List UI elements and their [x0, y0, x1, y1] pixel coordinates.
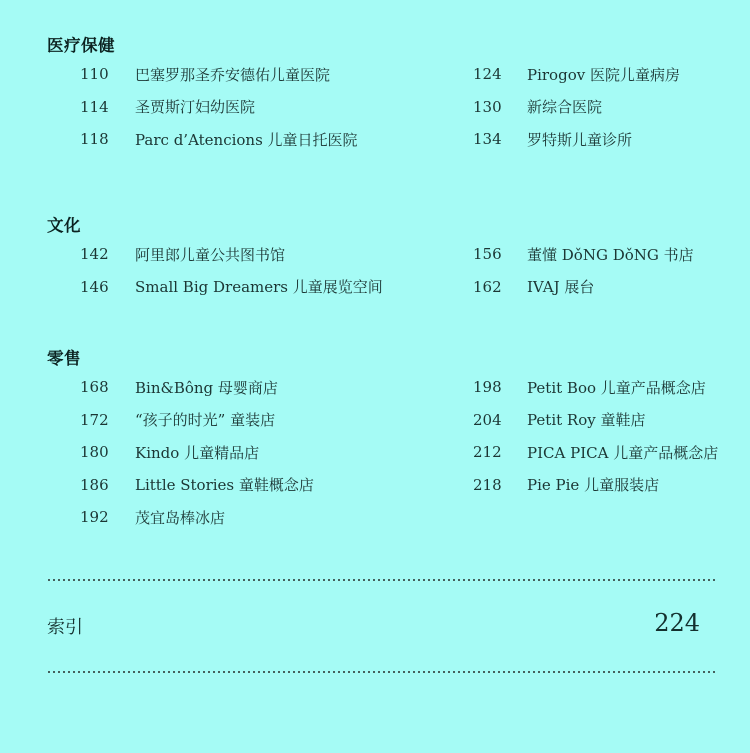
- entry-title: PICA PICA 儿童产品概念店: [527, 442, 718, 463]
- left-column: 110 巴塞罗那圣乔安德佑儿童医院 114 圣贾斯汀妇幼医院 118 Parc …: [80, 58, 358, 156]
- page-number: 186: [80, 476, 135, 494]
- entry-title: 圣贾斯汀妇幼医院: [135, 96, 255, 117]
- toc-entry: 180 Kindo 儿童精品店: [80, 436, 314, 469]
- page-number: 172: [80, 411, 135, 429]
- entry-title: Small Big Dreamers 儿童展览空间: [135, 276, 383, 297]
- toc-entry: 124 Pirogov 医院儿童病房: [473, 58, 680, 91]
- page-number: 156: [473, 245, 527, 263]
- entry-title: 董懂 DǒNG DǒNG 书店: [527, 244, 694, 265]
- right-column: 198 Petit Boo 儿童产品概念店 204 Petit Roy 童鞋店 …: [473, 371, 718, 501]
- entry-title: 新综合医院: [527, 96, 602, 117]
- toc-entry: 204 Petit Roy 童鞋店: [473, 404, 718, 437]
- left-column: 142 阿里郎儿童公共图书馆 146 Small Big Dreamers 儿童…: [80, 238, 383, 303]
- toc-entry: 212 PICA PICA 儿童产品概念店: [473, 436, 718, 469]
- toc-entry: 110 巴塞罗那圣乔安德佑儿童医院: [80, 58, 358, 91]
- entry-title: Parc d’Atencions 儿童日托医院: [135, 129, 358, 150]
- entry-title: IVAJ 展台: [527, 276, 594, 297]
- page-number: 114: [80, 98, 135, 116]
- toc-entry: 142 阿里郎儿童公共图书馆: [80, 238, 383, 271]
- right-column: 156 董懂 DǒNG DǒNG 书店 162 IVAJ 展台: [473, 238, 694, 303]
- page-number: 180: [80, 443, 135, 461]
- page-number: 192: [80, 508, 135, 526]
- toc-page: 医疗保健 110 巴塞罗那圣乔安德佑儿童医院 114 圣贾斯汀妇幼医院 118 …: [0, 0, 750, 753]
- toc-entry: 172 “孩子的时光” 童装店: [80, 404, 314, 437]
- toc-entry: 114 圣贾斯汀妇幼医院: [80, 91, 358, 124]
- entry-title: 罗特斯儿童诊所: [527, 129, 632, 150]
- dashed-divider-top: [48, 579, 716, 581]
- entry-title: 茂宜岛棒冰店: [135, 507, 225, 528]
- toc-entry: 168 Bin&Bông 母婴商店: [80, 371, 314, 404]
- dashed-divider-bottom: [48, 671, 716, 673]
- entry-title: Pirogov 医院儿童病房: [527, 64, 680, 85]
- entry-title: Petit Boo 儿童产品概念店: [527, 377, 706, 398]
- toc-entry: 118 Parc d’Atencions 儿童日托医院: [80, 123, 358, 156]
- section-title: 医疗保健: [47, 32, 115, 56]
- right-column: 124 Pirogov 医院儿童病房 130 新综合医院 134 罗特斯儿童诊所: [473, 58, 680, 156]
- index-label: 索引: [47, 613, 83, 639]
- toc-entry: 146 Small Big Dreamers 儿童展览空间: [80, 271, 383, 304]
- toc-entry: 192 茂宜岛棒冰店: [80, 501, 314, 534]
- page-number: 212: [473, 443, 527, 461]
- page-number: 162: [473, 278, 527, 296]
- page-number: 204: [473, 411, 527, 429]
- entry-title: “孩子的时光” 童装店: [135, 409, 275, 430]
- page-number: 124: [473, 65, 527, 83]
- section-title: 零售: [47, 345, 81, 369]
- index-page-number: 224: [654, 609, 700, 637]
- page-number: 130: [473, 98, 527, 116]
- page-number: 168: [80, 378, 135, 396]
- section-title: 文化: [47, 212, 81, 236]
- toc-entry: 130 新综合医院: [473, 91, 680, 124]
- page-number: 198: [473, 378, 527, 396]
- entry-title: Little Stories 童鞋概念店: [135, 474, 314, 495]
- page-number: 142: [80, 245, 135, 263]
- left-column: 168 Bin&Bông 母婴商店 172 “孩子的时光” 童装店 180 Ki…: [80, 371, 314, 534]
- toc-entry: 186 Little Stories 童鞋概念店: [80, 469, 314, 502]
- entry-title: Bin&Bông 母婴商店: [135, 377, 278, 398]
- entry-title: 巴塞罗那圣乔安德佑儿童医院: [135, 64, 330, 85]
- page-number: 134: [473, 130, 527, 148]
- entry-title: 阿里郎儿童公共图书馆: [135, 244, 285, 265]
- page-number: 218: [473, 476, 527, 494]
- page-number: 146: [80, 278, 135, 296]
- toc-entry: 198 Petit Boo 儿童产品概念店: [473, 371, 718, 404]
- entry-title: Petit Roy 童鞋店: [527, 409, 645, 430]
- page-number: 118: [80, 130, 135, 148]
- toc-entry: 162 IVAJ 展台: [473, 271, 694, 304]
- entry-title: Pie Pie 儿童服装店: [527, 474, 659, 495]
- toc-entry: 156 董懂 DǒNG DǒNG 书店: [473, 238, 694, 271]
- page-number: 110: [80, 65, 135, 83]
- entry-title: Kindo 儿童精品店: [135, 442, 259, 463]
- toc-entry: 134 罗特斯儿童诊所: [473, 123, 680, 156]
- toc-entry: 218 Pie Pie 儿童服装店: [473, 469, 718, 502]
